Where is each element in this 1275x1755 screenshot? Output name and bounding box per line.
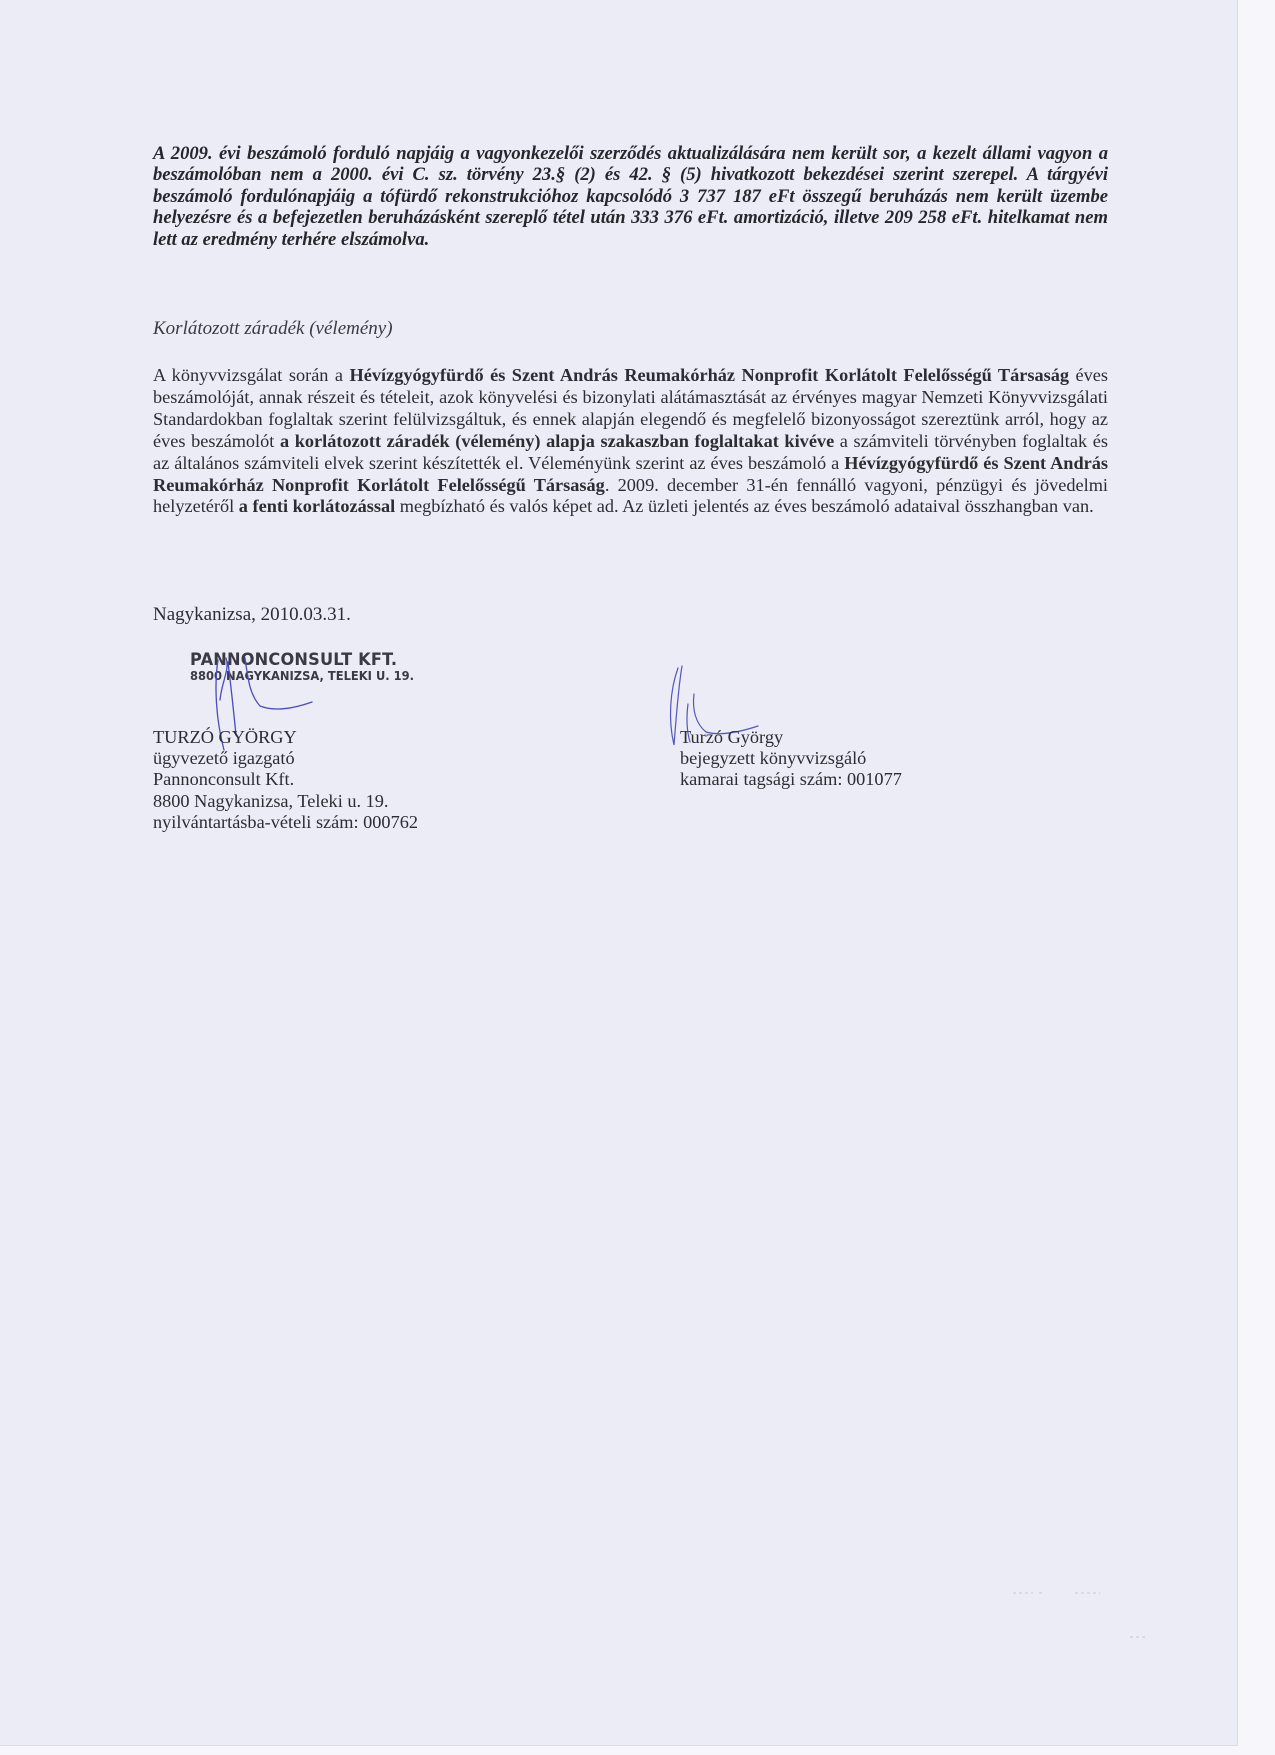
intro-paragraph: A 2009. évi beszámoló forduló napjáig a … (153, 143, 1108, 250)
signer-right-block: Turzó György bejegyzett könyvvizsgáló ka… (680, 727, 902, 791)
qualification-bold: a korlátozott záradék (vélemény) alapja … (280, 431, 834, 451)
signer-title: bejegyzett könyvvizsgáló (680, 748, 902, 769)
signer-membership: kamarai tagsági szám: 001077 (680, 769, 902, 790)
opinion-text: A könyvvizsgálat során a (153, 365, 350, 385)
limitation-bold: a fenti korlátozással (239, 496, 395, 516)
place-date: Nagykanizsa, 2010.03.31. (153, 604, 1108, 626)
scan-noise-icon (1005, 1585, 1225, 1645)
signer-left-block: TURZÓ GYÖRGY ügyvezető igazgató Pannonco… (153, 727, 418, 833)
signer-registration: nyilvántartásba-vételi szám: 000762 (153, 812, 418, 833)
signer-company: Pannonconsult Kft. (153, 769, 418, 790)
signer-name: TURZÓ GYÖRGY (153, 727, 418, 748)
section-heading: Korlátozott záradék (vélemény) (153, 318, 1108, 340)
signer-address: 8800 Nagykanizsa, Teleki u. 19. (153, 791, 418, 812)
signer-name: Turzó György (680, 727, 902, 748)
signer-title: ügyvezető igazgató (153, 748, 418, 769)
opinion-paragraph: A könyvvizsgálat során a Hévízgyógyfürdő… (153, 365, 1108, 518)
company-name-bold: Hévízgyógyfürdő és Szent András Reumakór… (350, 365, 1069, 385)
opinion-text: megbízható és valós képet ad. Az üzleti … (395, 496, 1094, 516)
scanned-page: A 2009. évi beszámoló forduló napjáig a … (0, 0, 1238, 1746)
